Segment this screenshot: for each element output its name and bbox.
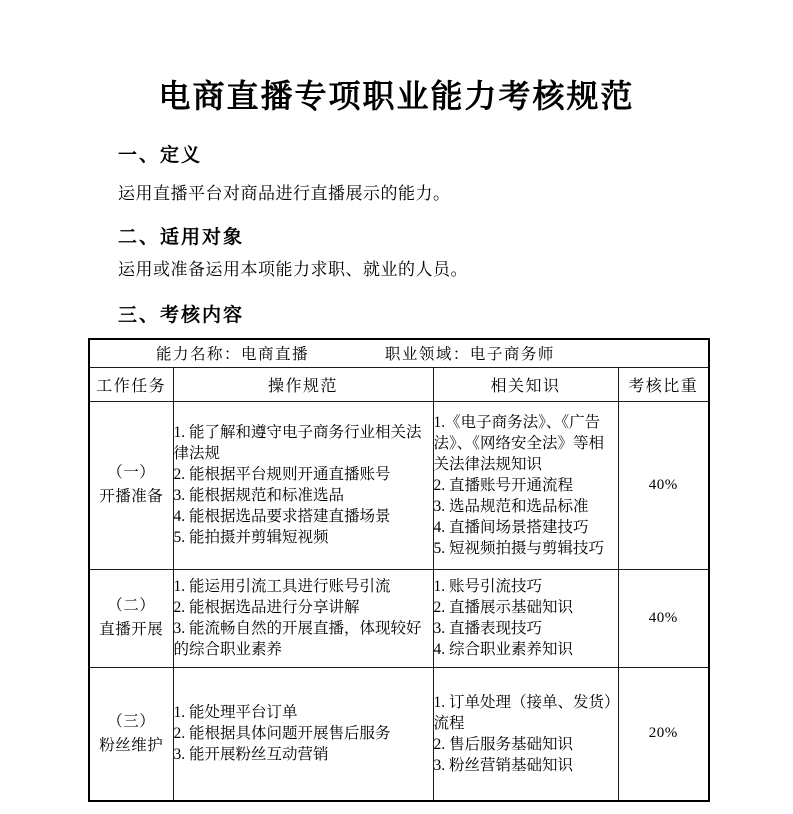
operation-item: 3. 能开展粉丝互动营销	[174, 744, 433, 765]
section-heading-applicable-target: 二、适用对象	[118, 226, 244, 249]
knowledge-cell: 1. 订单处理（接单、发货）流程2. 售后服务基础知识3. 粉丝营销基础知识	[433, 667, 618, 801]
weight-cell: 20%	[618, 667, 709, 801]
knowledge-item: 1. 账号引流技巧	[434, 576, 618, 597]
assessment-table-body: （一） 开播准备 1. 能了解和遵守电子商务行业相关法律法规2. 能根据平台规则…	[89, 401, 709, 801]
task-name: 粉丝维护	[90, 734, 173, 758]
column-header-work-task: 工作任务	[89, 367, 173, 401]
document-page: { "page": { "title": "电商直播专项职业能力考核规范", "…	[0, 0, 793, 814]
section-body-definition: 运用直播平台对商品进行直播展示的能力。	[118, 182, 451, 205]
section-body-applicable-target: 运用或准备运用本项能力求职、就业的人员。	[118, 258, 468, 281]
knowledge-item: 3. 直播表现技巧	[434, 618, 618, 639]
operation-item: 3. 能根据规范和标准选品	[174, 485, 433, 506]
ability-name-label: 能力名称：电商直播	[156, 346, 309, 363]
table-header-row: 工作任务 操作规范 相关知识 考核比重	[89, 367, 709, 401]
knowledge-item: 2. 直播展示基础知识	[434, 597, 618, 618]
weight-cell: 40%	[618, 401, 709, 569]
operation-item: 1. 能处理平台订单	[174, 702, 433, 723]
operation-item: 5. 能拍摄并剪辑短视频	[174, 527, 433, 548]
knowledge-item: 3. 选品规范和选品标准	[434, 496, 618, 517]
knowledge-cell: 1.《电子商务法》、《广告法》、《网络安全法》等相关法律法规知识2. 直播账号开…	[433, 401, 618, 569]
operations-cell: 1. 能处理平台订单2. 能根据具体问题开展售后服务3. 能开展粉丝互动营销	[173, 667, 433, 801]
weight-value: 40%	[649, 477, 678, 493]
task-cell: （二） 直播开展	[89, 569, 173, 667]
operation-item: 4. 能根据选品要求搭建直播场景	[174, 506, 433, 527]
task-number: （一）	[90, 461, 173, 485]
operation-item: 3. 能流畅自然的开展直播，体现较好的综合职业素养	[174, 618, 433, 660]
weight-value: 20%	[649, 725, 678, 741]
column-header-related-knowledge: 相关知识	[433, 367, 618, 401]
knowledge-item: 1.《电子商务法》、《广告法》、《网络安全法》等相关法律法规知识	[434, 412, 618, 475]
task-number: （二）	[90, 594, 173, 618]
operations-cell: 1. 能运用引流工具进行账号引流2. 能根据选品进行分享讲解3. 能流畅自然的开…	[173, 569, 433, 667]
task-name: 直播开展	[90, 618, 173, 642]
operations-cell: 1. 能了解和遵守电子商务行业相关法律法规2. 能根据平台规则开通直播账号3. …	[173, 401, 433, 569]
page-title: 电商直播专项职业能力考核规范	[0, 76, 793, 116]
assessment-table: 能力名称：电商直播 职业领域：电子商务师 工作任务 操作规范 相关知识 考核比重…	[88, 338, 708, 802]
knowledge-cell: 1. 账号引流技巧2. 直播展示基础知识3. 直播表现技巧4. 综合职业素养知识	[433, 569, 618, 667]
weight-cell: 40%	[618, 569, 709, 667]
knowledge-item: 3. 粉丝营销基础知识	[434, 755, 618, 776]
table-caption-row: 能力名称：电商直播 职业领域：电子商务师	[89, 339, 709, 367]
occupation-field-label: 职业领域：电子商务师	[385, 346, 555, 363]
table-row: （一） 开播准备 1. 能了解和遵守电子商务行业相关法律法规2. 能根据平台规则…	[89, 401, 709, 569]
section-heading-definition: 一、定义	[118, 144, 202, 167]
column-header-assessment-weight: 考核比重	[618, 367, 709, 401]
table-caption-cell: 能力名称：电商直播 职业领域：电子商务师	[89, 339, 709, 367]
operation-item: 1. 能了解和遵守电子商务行业相关法律法规	[174, 422, 433, 464]
knowledge-item: 4. 直播间场景搭建技巧	[434, 517, 618, 538]
operation-item: 1. 能运用引流工具进行账号引流	[174, 576, 433, 597]
task-cell: （一） 开播准备	[89, 401, 173, 569]
task-cell: （三） 粉丝维护	[89, 667, 173, 801]
section-heading-assessment-content: 三、考核内容	[118, 304, 244, 327]
operation-item: 2. 能根据选品进行分享讲解	[174, 597, 433, 618]
knowledge-item: 2. 售后服务基础知识	[434, 734, 618, 755]
knowledge-item: 4. 综合职业素养知识	[434, 639, 618, 660]
table-row: （三） 粉丝维护 1. 能处理平台订单2. 能根据具体问题开展售后服务3. 能开…	[89, 667, 709, 801]
column-header-operation-spec: 操作规范	[173, 367, 433, 401]
knowledge-item: 2. 直播账号开通流程	[434, 475, 618, 496]
knowledge-item: 1. 订单处理（接单、发货）流程	[434, 692, 618, 734]
table-row: （二） 直播开展 1. 能运用引流工具进行账号引流2. 能根据选品进行分享讲解3…	[89, 569, 709, 667]
weight-value: 40%	[649, 610, 678, 626]
operation-item: 2. 能根据具体问题开展售后服务	[174, 723, 433, 744]
knowledge-item: 5. 短视频拍摄与剪辑技巧	[434, 538, 618, 559]
task-name: 开播准备	[90, 485, 173, 509]
task-number: （三）	[90, 710, 173, 734]
operation-item: 2. 能根据平台规则开通直播账号	[174, 464, 433, 485]
